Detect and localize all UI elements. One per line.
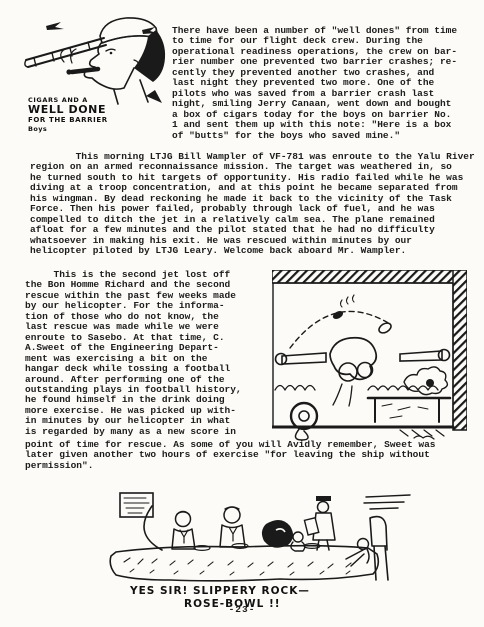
paragraph-sweet-rescue-wide: point of time for rescue. As some of you…	[25, 440, 435, 471]
paragraph-sweet-rescue-block: This is the second jet lost off the Bon …	[25, 270, 467, 442]
newsletter-page: CIGARS AND A WELL DONE FOR THE BARRIER B…	[0, 0, 484, 627]
cartoon-caption: CIGARS AND A WELL DONE FOR THE BARRIER B…	[28, 96, 108, 133]
caption-line: WELL DONE	[28, 104, 108, 116]
drink-rescue-cartoon	[272, 270, 467, 442]
paragraph-wampler-rescue: This morning LTJG Bill Wampler of VF-781…	[30, 152, 475, 257]
caption-line: Boys	[28, 125, 108, 133]
sailor-cigar-illustration	[18, 8, 170, 108]
paragraph-sweet-rescue-narrow: This is the second jet lost off the Bon …	[25, 270, 272, 442]
slippery-rock-cartoon: YES SIR! SLIPPERY ROCK— ROSE-BOWL !!	[80, 490, 415, 611]
slippery-rock-illustration	[80, 490, 415, 585]
caption-line: FOR THE BARRIER	[28, 116, 108, 125]
cigar-sailor-cartoon: CIGARS AND A WELL DONE FOR THE BARRIER B…	[18, 8, 170, 108]
paragraph-well-dones: There have been a number of "well dones"…	[172, 26, 457, 141]
page-number: -23-	[0, 604, 484, 615]
caption-line: YES SIR! SLIPPERY ROCK—	[130, 585, 415, 598]
drink-splash-illustration	[272, 270, 467, 442]
